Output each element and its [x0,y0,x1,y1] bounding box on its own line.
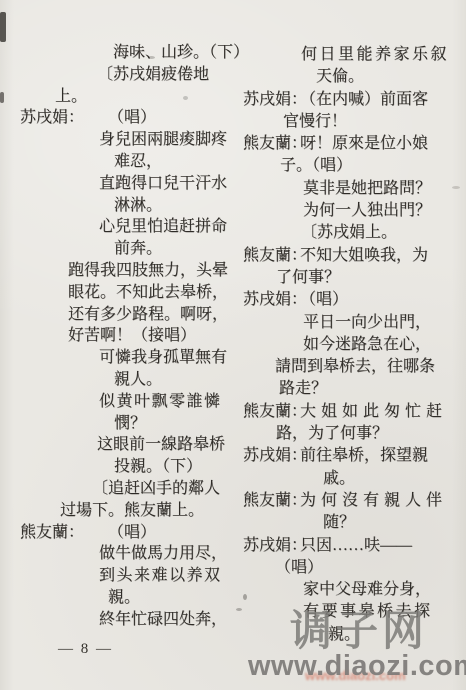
watermark-site-name: 调子网 [290,610,428,652]
verse-line: 莫非是她把路問？ [303,178,466,200]
scan-edge-artifact [0,12,6,42]
speaker-label: 熊友蘭： [20,522,108,544]
stage-direction-line: 上。 [55,86,233,108]
speaker-line: 熊友蘭：（唱） [20,522,233,544]
verse-line: 家中父母难分身， [303,579,466,601]
speaker-line: 熊友蘭：为何沒有親人伴 [243,490,466,512]
speaker-line: 熊友蘭：呀！原來是位小娘 [243,133,466,155]
verse-line: 平日一向少出門， [303,312,466,334]
stage-direction-line: 〔追赶凶手的鄰人 [92,478,233,500]
dialog-line: 眼花。不知此去皋桥， [68,282,233,304]
line-text: （唱） [300,291,348,308]
dialog-line: 了何事？ [276,267,466,289]
speaker-label: 熊友蘭： [243,133,300,155]
dialog-line: 戚。 [323,468,466,490]
verse-line: 心兒里怕追赶拼命 [99,216,233,238]
dialog-line: 还有多少路程。啊呀， [68,304,233,326]
dialog-line: （唱） [275,557,466,579]
line-text: 大姐如此匆忙赶 [300,403,447,420]
verse-line: 可憐我身孤單無有 [99,347,233,369]
left-column: 海味、山珍。（下） 〔苏戌娟疲倦地 上。 苏戌娟：（唱） 身兒困兩腿痠脚疼 难忍… [0,42,233,631]
line-text: （唱） [108,524,156,541]
line-text: （在内喊）前面客 [300,91,428,108]
speaker-label: 苏戌娟： [20,107,108,129]
dialog-line: 官慢行！ [283,111,466,133]
dialog-line: 路，为了何事？ [276,423,466,445]
line-text: 呀！原來是位小娘 [300,135,428,152]
scanned-script-page: 海味、山珍。（下） 〔苏戌娟疲倦地 上。 苏戌娟：（唱） 身兒困兩腿痠脚疼 难忍… [0,0,466,690]
dialog-line: 子。（唱） [280,155,466,177]
speaker-line: 苏戌娟：前往皋桥，探望親 [243,445,466,467]
speaker-label: 苏戌娟： [243,535,300,557]
verse-line: 难忍， [114,151,233,173]
script-line: 海味、山珍。（下） [113,42,233,64]
speaker-line: 苏戌娟：（在内喊）前面客 [243,89,466,111]
speaker-label: 苏戌娟： [243,89,300,111]
speaker-line: 苏戌娟：（唱） [20,107,233,129]
line-text: （唱） [108,109,156,126]
stage-direction-line: 〔苏戌娟上。 [301,222,466,244]
verse-line: 这眼前一線路皋桥 [97,434,233,456]
dialog-line: 路走？ [279,378,466,400]
line-text: 为何沒有親人伴 [300,492,447,509]
stage-direction-line: 〔苏戌娟疲倦地 [97,64,233,86]
verse-line: 憫？ [114,413,233,435]
line-text: 不知大姐唤我，为 [300,247,428,264]
verse-line: 做牛做馬力用尽， [99,543,233,565]
verse-line: 親人。 [114,369,233,391]
line-text: 只因……呋—— [300,537,412,554]
verse-line: 似黄叶飘零誰憐 [99,391,233,413]
speaker-label: 熊友蘭： [243,401,300,423]
speaker-label: 熊友蘭： [243,245,300,267]
verse-line: 身兒困兩腿痠脚疼 [99,129,233,151]
line-text: 前往皋桥，探望親 [300,447,428,464]
verse-line: 何日里能养家乐叙 [301,44,466,66]
dialog-line: 跑得我四肢無力，头晕 [68,260,233,282]
speaker-line: 熊友蘭：大姐如此匆忙赶 [243,401,466,423]
dialog-line: 随？ [323,512,466,534]
stage-direction-line: 过場下。熊友蘭上。 [60,500,233,522]
speaker-line: 苏戌娟：（唱） [243,289,466,311]
verse-line: 投親。（下） [114,456,233,478]
page-number: — 8 — [58,641,113,658]
verse-line: 如今迷路急在心， [303,334,466,356]
dialog-line: 好苦啊！（接唱） [68,325,233,347]
speaker-label: 苏戌娟： [243,289,300,311]
verse-line: 到头来难以养双 [99,565,233,587]
verse-line: 天倫。 [316,66,466,88]
verse-line: 前奔。 [114,238,233,260]
verse-line: 直跑得口兒干汗水 [99,173,233,195]
speaker-label: 苏戌娟： [243,445,300,467]
dialog-line: 請問到皋桥去，往哪条 [275,356,466,378]
speaker-label: 熊友蘭： [243,490,300,512]
verse-line: 为何一人独出門？ [303,200,466,222]
right-column: 何日里能养家乐叙 天倫。 苏戌娟：（在内喊）前面客 官慢行！ 熊友蘭：呀！原來是… [233,44,466,646]
speaker-line: 苏戌娟：只因……呋—— [243,535,466,557]
watermark-site-url: www.diaozi.com [248,652,466,681]
verse-line: 淋淋。 [114,195,233,217]
speaker-line: 熊友蘭：不知大姐唤我，为 [243,245,466,267]
verse-line: 親。 [108,587,233,609]
verse-line: 終年忙碌四处奔， [99,609,233,631]
